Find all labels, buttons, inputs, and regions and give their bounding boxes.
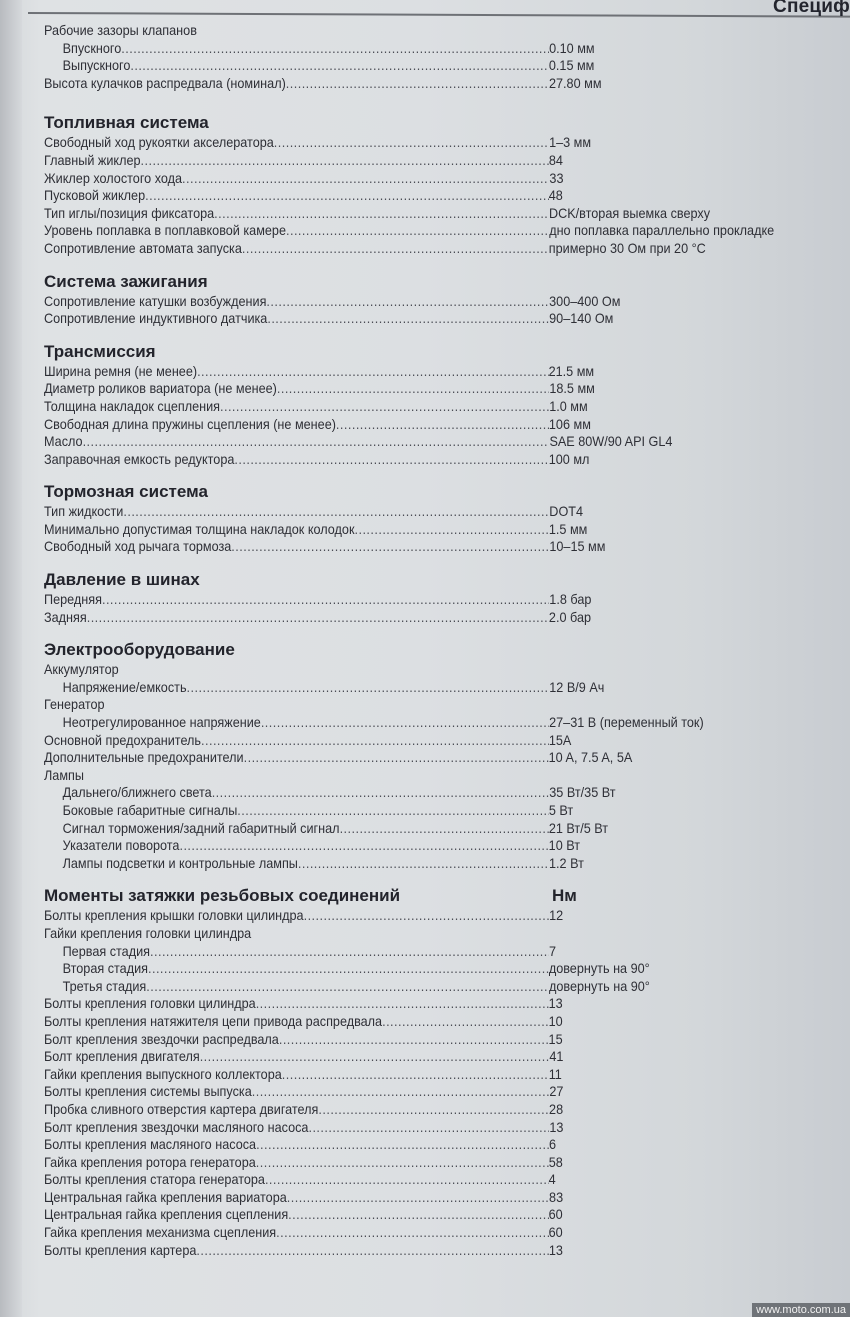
spec-label: Лампы подсветки и контрольные лампы bbox=[44, 855, 298, 873]
spec-value: 60 bbox=[549, 1206, 563, 1224]
spec-row: Болты крепления системы выпуска.........… bbox=[44, 1083, 788, 1101]
section-title-text: Давление в шинах bbox=[44, 569, 200, 591]
spec-row: Диаметр роликов вариатора (не менее)....… bbox=[44, 380, 788, 398]
spec-label: Центральная гайка крепления вариатора bbox=[44, 1189, 287, 1207]
spec-row: Свободный ход рукоятки акселератора.....… bbox=[44, 134, 788, 152]
dot-leader: ........................................… bbox=[282, 1066, 549, 1084]
dot-leader: ........................................… bbox=[242, 240, 549, 258]
spec-label: Болты крепления статора генератора bbox=[44, 1171, 265, 1189]
spec-label: Болт крепления двигателя bbox=[44, 1048, 200, 1066]
spec-section: Система зажиганияСопротивление катушки в… bbox=[44, 271, 844, 328]
spec-label: Главный жиклер bbox=[44, 152, 141, 170]
dot-leader: ........................................… bbox=[200, 1048, 550, 1066]
spec-label: Болты крепления картера bbox=[44, 1242, 196, 1260]
dot-leader: ........................................… bbox=[196, 1242, 548, 1260]
spec-value: 5 Вт bbox=[549, 802, 573, 820]
dot-leader: ........................................… bbox=[146, 978, 549, 996]
dot-leader: ........................................… bbox=[121, 40, 549, 58]
dot-leader: ........................................… bbox=[130, 57, 549, 75]
spec-row: Впускного...............................… bbox=[44, 40, 788, 58]
spec-label: Основной предохранитель bbox=[44, 732, 201, 750]
section-title-text: Трансмиссия bbox=[44, 341, 156, 363]
spec-value: 4 bbox=[549, 1171, 556, 1189]
spec-row: Сигнал торможения/задний габаритный сигн… bbox=[44, 820, 788, 838]
spec-label: Напряжение/емкость bbox=[44, 679, 187, 697]
spec-value: 100 мл bbox=[549, 451, 590, 469]
spec-value: 13 bbox=[549, 995, 563, 1013]
spec-row: Болт крепления двигателя................… bbox=[44, 1048, 788, 1066]
dot-leader: ........................................… bbox=[220, 398, 549, 416]
spec-value: SAE 80W/90 API GL4 bbox=[549, 433, 672, 451]
section-title: Моменты затяжки резьбовых соединенийНм bbox=[44, 885, 844, 907]
spec-row: Выпускного..............................… bbox=[44, 57, 788, 75]
section-title-text: Тормозная система bbox=[44, 481, 208, 503]
section-title: Топливная система bbox=[44, 112, 844, 134]
dot-leader: ........................................… bbox=[150, 943, 549, 961]
dot-leader: ........................................… bbox=[145, 187, 549, 205]
dot-leader: ........................................… bbox=[214, 205, 549, 223]
spec-label: Свободный ход рукоятки акселератора bbox=[44, 134, 274, 152]
spec-label: Сигнал торможения/задний габаритный сигн… bbox=[44, 820, 340, 838]
spec-value: 106 мм bbox=[549, 416, 591, 434]
spec-label: Тип иглы/позиция фиксатора bbox=[44, 205, 214, 223]
spec-label: Ширина ремня (не менее) bbox=[44, 363, 197, 381]
spec-row: Болт крепления звездочки масляного насос… bbox=[44, 1119, 788, 1137]
spec-sections: Топливная системаСвободный ход рукоятки … bbox=[44, 112, 844, 1259]
spec-row: Передняя................................… bbox=[44, 591, 788, 609]
intro-group-label: Рабочие зазоры клапанов bbox=[44, 22, 788, 40]
spec-row: Напряжение/емкость......................… bbox=[44, 679, 788, 697]
spec-section: ЭлектрооборудованиеАккумуляторНапряжение… bbox=[44, 639, 844, 872]
dot-leader: ........................................… bbox=[288, 1206, 548, 1224]
dot-leader: ........................................… bbox=[274, 134, 549, 152]
spec-label: Пробка сливного отверстия картера двигат… bbox=[44, 1101, 318, 1119]
spec-value: 18.5 мм bbox=[549, 380, 595, 398]
dot-leader: ........................................… bbox=[265, 1171, 549, 1189]
spec-value: 15 bbox=[549, 1031, 563, 1049]
spec-value: 2.0 бар bbox=[549, 609, 591, 627]
spec-row: Высота кулачков распредвала (номинал)...… bbox=[44, 75, 788, 93]
spec-row: Заправочная емкость редуктора...........… bbox=[44, 451, 788, 469]
spec-row: Основной предохранитель.................… bbox=[44, 732, 788, 750]
spec-label: Гайки крепления выпускного коллектора bbox=[44, 1066, 282, 1084]
spec-row: Лампы подсветки и контрольные лампы.....… bbox=[44, 855, 788, 873]
page-header-title: Специф bbox=[773, 0, 850, 18]
spec-label: Заправочная емкость редуктора bbox=[44, 451, 234, 469]
spec-row: Болты крепления натяжителя цепи привода … bbox=[44, 1013, 788, 1031]
spec-content: Рабочие зазоры клапанов Впускного.......… bbox=[44, 22, 844, 1259]
spec-row: Масло...................................… bbox=[44, 433, 788, 451]
spec-row: Дальнего/ближнего света.................… bbox=[44, 784, 788, 802]
spec-value: 1.2 Вт bbox=[549, 855, 584, 873]
spec-value: 1–3 мм bbox=[549, 134, 591, 152]
dot-leader: ........................................… bbox=[318, 1101, 549, 1119]
spec-label: Болт крепления звездочки масляного насос… bbox=[44, 1119, 308, 1137]
spec-label: Высота кулачков распредвала (номинал) bbox=[44, 75, 286, 93]
spec-label: Впускного bbox=[44, 40, 121, 58]
spec-label: Сопротивление индуктивного датчика bbox=[44, 310, 267, 328]
spec-value: 15A bbox=[549, 732, 571, 750]
spec-value: DCK/вторая выемка сверху bbox=[549, 205, 710, 223]
spec-label: Диаметр роликов вариатора (не менее) bbox=[44, 380, 277, 398]
dot-leader: ........................................… bbox=[87, 609, 549, 627]
spec-label: Болты крепления натяжителя цепи привода … bbox=[44, 1013, 382, 1031]
spec-row: Неотрегулированное напряжение...........… bbox=[44, 714, 788, 732]
spec-label: Тип жидкости bbox=[44, 503, 123, 521]
dot-leader: ........................................… bbox=[382, 1013, 548, 1031]
spec-label: Болты крепления крышки головки цилиндра bbox=[44, 907, 304, 925]
spec-row: Боковые габаритные сигналы..............… bbox=[44, 802, 788, 820]
spec-section: Давление в шинахПередняя................… bbox=[44, 569, 844, 626]
spec-label: Болты крепления головки цилиндра bbox=[44, 995, 256, 1013]
spec-label: Масло bbox=[44, 433, 83, 451]
spec-value: 48 bbox=[549, 187, 563, 205]
spec-value: 90–140 Ом bbox=[549, 310, 613, 328]
spec-row: Сопротивление индуктивного датчика......… bbox=[44, 310, 788, 328]
section-title: Тормозная система bbox=[44, 481, 844, 503]
spec-row: Дополнительные предохранители...........… bbox=[44, 749, 788, 767]
spec-value: 84 bbox=[549, 152, 563, 170]
spec-value: довернуть на 90° bbox=[549, 960, 650, 978]
spec-label: Задняя bbox=[44, 609, 87, 627]
spec-value: 33 bbox=[549, 170, 563, 188]
spec-group-label: Аккумулятор bbox=[44, 661, 788, 679]
spec-row: Гайка крепления ротора генератора.......… bbox=[44, 1154, 788, 1172]
dot-leader: ........................................… bbox=[267, 310, 549, 328]
spec-row: Задняя..................................… bbox=[44, 609, 788, 627]
spec-value: 0.15 мм bbox=[549, 57, 595, 75]
spec-value: 10–15 мм bbox=[549, 538, 605, 556]
spec-value: 10 A, 7.5 A, 5A bbox=[549, 749, 633, 767]
spec-value: 21.5 мм bbox=[549, 363, 595, 381]
dot-leader: ........................................… bbox=[261, 714, 549, 732]
spec-label: Передняя bbox=[44, 591, 102, 609]
spec-label: Гайка крепления механизма сцепления bbox=[44, 1224, 276, 1242]
spec-value: 27 bbox=[549, 1083, 563, 1101]
dot-leader: ........................................… bbox=[197, 363, 549, 381]
spec-value: примерно 30 Ом при 20 °C bbox=[549, 240, 706, 258]
spec-label: Пусковой жиклер bbox=[44, 187, 145, 205]
spec-value: 11 bbox=[549, 1066, 562, 1084]
spec-label: Сопротивление автомата запуска bbox=[44, 240, 242, 258]
spec-value: 27.80 мм bbox=[549, 75, 602, 93]
spec-label: Дальнего/ближнего света bbox=[44, 784, 212, 802]
dot-leader: ........................................… bbox=[212, 784, 550, 802]
section-title-text: Электрооборудование bbox=[44, 639, 235, 661]
spec-group-label: Лампы bbox=[44, 767, 788, 785]
spec-label: Минимально допустимая толщина накладок к… bbox=[44, 521, 354, 539]
spec-row: Свободная длина пружины сцепления (не ме… bbox=[44, 416, 788, 434]
spec-row: Толщина накладок сцепления..............… bbox=[44, 398, 788, 416]
spec-group-label: Генератор bbox=[44, 696, 788, 714]
dot-leader: ........................................… bbox=[182, 170, 549, 188]
dot-leader: ........................................… bbox=[244, 749, 549, 767]
spec-row: Болты крепления крышки головки цилиндра.… bbox=[44, 907, 788, 925]
page-binding-edge bbox=[0, 0, 22, 1317]
dot-leader: ........................................… bbox=[308, 1119, 549, 1137]
section-title-text: Топливная система bbox=[44, 112, 209, 134]
spec-value: 7 bbox=[549, 943, 556, 961]
spec-label: Центральная гайка крепления сцепления bbox=[44, 1206, 288, 1224]
spec-label: Сопротивление катушки возбуждения bbox=[44, 293, 266, 311]
spec-row: Вторая стадия...........................… bbox=[44, 960, 788, 978]
dot-leader: ........................................… bbox=[148, 960, 549, 978]
spec-value: 41 bbox=[549, 1048, 563, 1066]
dot-leader: ........................................… bbox=[256, 1136, 549, 1154]
header-rule bbox=[28, 12, 850, 18]
spec-label: Жиклер холостого хода bbox=[44, 170, 182, 188]
dot-leader: ........................................… bbox=[276, 1224, 548, 1242]
spec-label: Дополнительные предохранители bbox=[44, 749, 244, 767]
spec-label: Свободная длина пружины сцепления (не ме… bbox=[44, 416, 336, 434]
spec-value: 83 bbox=[549, 1189, 563, 1207]
spec-section: Топливная системаСвободный ход рукоятки … bbox=[44, 112, 844, 257]
spec-value: 27–31 В (переменный ток) bbox=[549, 714, 704, 732]
section-title: Электрооборудование bbox=[44, 639, 844, 661]
spec-row: Ширина ремня (не менее).................… bbox=[44, 363, 788, 381]
watermark: www.moto.com.ua bbox=[752, 1303, 850, 1317]
dot-leader: ........................................… bbox=[141, 152, 549, 170]
spec-row: Минимально допустимая толщина накладок к… bbox=[44, 521, 788, 539]
dot-leader: ........................................… bbox=[179, 837, 548, 855]
spec-row: Жиклер холостого хода...................… bbox=[44, 170, 788, 188]
spec-value: 13 bbox=[549, 1119, 563, 1137]
spec-value: 28 bbox=[549, 1101, 563, 1119]
spec-label: Болт крепления звездочки распредвала bbox=[44, 1031, 279, 1049]
dot-leader: ........................................… bbox=[234, 451, 548, 469]
spec-label: Указатели поворота bbox=[44, 837, 179, 855]
dot-leader: ........................................… bbox=[201, 732, 549, 750]
spec-value: 58 bbox=[549, 1154, 563, 1172]
spec-row: Болты крепления картера.................… bbox=[44, 1242, 788, 1260]
spec-section: Моменты затяжки резьбовых соединенийНмБо… bbox=[44, 885, 844, 1259]
spec-row: Пусковой жиклер.........................… bbox=[44, 187, 788, 205]
dot-leader: ........................................… bbox=[231, 538, 549, 556]
spec-row: Свободный ход рычага тормоза............… bbox=[44, 538, 788, 556]
spec-label: Выпускного bbox=[44, 57, 130, 75]
dot-leader: ........................................… bbox=[187, 679, 550, 697]
spec-label: Первая стадия bbox=[44, 943, 150, 961]
spec-row: Центральная гайка крепления сцепления...… bbox=[44, 1206, 788, 1224]
spec-value: 10 Вт bbox=[549, 837, 580, 855]
section-unit: Нм bbox=[552, 885, 577, 907]
dot-leader: ........................................… bbox=[266, 293, 549, 311]
spec-value: 10 bbox=[549, 1013, 563, 1031]
spec-value: довернуть на 90° bbox=[549, 978, 650, 996]
spec-row: Пробка сливного отверстия картера двигат… bbox=[44, 1101, 788, 1119]
spec-value: 12 bbox=[549, 907, 563, 925]
section-title: Давление в шинах bbox=[44, 569, 844, 591]
intro-rows: Впускного...............................… bbox=[44, 40, 844, 93]
spec-value: DOT4 bbox=[549, 503, 583, 521]
spec-label: Неотрегулированное напряжение bbox=[44, 714, 261, 732]
spec-row: Гайки крепления выпускного коллектора...… bbox=[44, 1066, 788, 1084]
spec-label: Болты крепления масляного насоса bbox=[44, 1136, 256, 1154]
dot-leader: ........................................… bbox=[287, 1189, 549, 1207]
dot-leader: ........................................… bbox=[286, 75, 549, 93]
dot-leader: ........................................… bbox=[256, 995, 549, 1013]
spec-row: Указатели поворота......................… bbox=[44, 837, 788, 855]
spec-value: 1.0 мм bbox=[549, 398, 587, 416]
spec-label: Толщина накладок сцепления bbox=[44, 398, 220, 416]
spec-row: Сопротивление катушки возбуждения.......… bbox=[44, 293, 788, 311]
spec-row: Центральная гайка крепления вариатора...… bbox=[44, 1189, 788, 1207]
spec-label: Гайка крепления ротора генератора bbox=[44, 1154, 256, 1172]
spec-label: Свободный ход рычага тормоза bbox=[44, 538, 231, 556]
spec-section: Тормозная системаТип жидкости...........… bbox=[44, 481, 844, 556]
dot-leader: ........................................… bbox=[336, 416, 549, 434]
spec-row: Тип иглы/позиция фиксатора..............… bbox=[44, 205, 788, 223]
spec-row: Главный жиклер..........................… bbox=[44, 152, 788, 170]
spec-value: 21 Вт/5 Вт bbox=[549, 820, 608, 838]
dot-leader: ........................................… bbox=[298, 855, 549, 873]
dot-leader: ........................................… bbox=[286, 222, 549, 240]
spec-value: 6 bbox=[549, 1136, 556, 1154]
spec-row: Гайка крепления механизма сцепления.....… bbox=[44, 1224, 788, 1242]
spec-label: Уровень поплавка в поплавковой камере bbox=[44, 222, 286, 240]
dot-leader: ........................................… bbox=[279, 1031, 549, 1049]
spec-label: Вторая стадия bbox=[44, 960, 148, 978]
dot-leader: ........................................… bbox=[83, 433, 550, 451]
spec-value: 12 В/9 Ач bbox=[549, 679, 604, 697]
dot-leader: ........................................… bbox=[252, 1083, 550, 1101]
dot-leader: ........................................… bbox=[256, 1154, 549, 1172]
dot-leader: ........................................… bbox=[354, 521, 548, 539]
section-title-text: Система зажигания bbox=[44, 271, 208, 293]
spec-value: 1.8 бар bbox=[549, 591, 591, 609]
spec-value: 0.10 мм bbox=[549, 40, 595, 58]
dot-leader: ........................................… bbox=[340, 820, 549, 838]
spec-row: Болт крепления звездочки распредвала....… bbox=[44, 1031, 788, 1049]
spec-value: дно поплавка параллельно прокладке bbox=[549, 222, 774, 240]
dot-leader: ........................................… bbox=[237, 802, 549, 820]
spec-row: Болты крепления статора генератора......… bbox=[44, 1171, 788, 1189]
spec-row: Тип жидкости............................… bbox=[44, 503, 788, 521]
spec-row: Болты крепления головки цилиндра........… bbox=[44, 995, 788, 1013]
spec-row: Уровень поплавка в поплавковой камере...… bbox=[44, 222, 788, 240]
spec-row: Третья стадия...........................… bbox=[44, 978, 788, 996]
spec-section: ТрансмиссияШирина ремня (не менее)......… bbox=[44, 341, 844, 469]
spec-label: Болты крепления системы выпуска bbox=[44, 1083, 252, 1101]
section-title-text: Моменты затяжки резьбовых соединений bbox=[44, 885, 400, 907]
spec-row: Сопротивление автомата запуска..........… bbox=[44, 240, 788, 258]
spec-value: 60 bbox=[549, 1224, 563, 1242]
spec-row: Первая стадия...........................… bbox=[44, 943, 788, 961]
section-title: Система зажигания bbox=[44, 271, 844, 293]
spec-label: Третья стадия bbox=[44, 978, 146, 996]
spec-row: Болты крепления масляного насоса........… bbox=[44, 1136, 788, 1154]
dot-leader: ........................................… bbox=[277, 380, 549, 398]
spec-label: Боковые габаритные сигналы bbox=[44, 802, 237, 820]
spec-group-label: Гайки крепления головки цилиндра bbox=[44, 925, 788, 943]
dot-leader: ........................................… bbox=[102, 591, 549, 609]
spec-value: 13 bbox=[549, 1242, 563, 1260]
section-title: Трансмиссия bbox=[44, 341, 844, 363]
dot-leader: ........................................… bbox=[304, 907, 550, 925]
spec-value: 1.5 мм bbox=[549, 521, 587, 539]
spec-value: 35 Вт/35 Вт bbox=[549, 784, 615, 802]
dot-leader: ........................................… bbox=[123, 503, 549, 521]
spec-value: 300–400 Ом bbox=[549, 293, 620, 311]
